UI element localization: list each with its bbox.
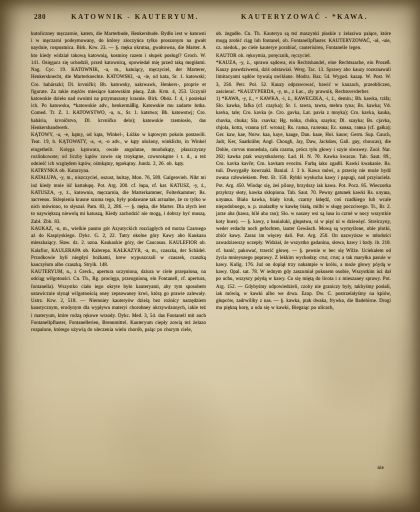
page-number: 280: [34, 13, 46, 21]
running-head-left: KATOWNIK - KAUTERYUM.: [60, 13, 210, 21]
dictionary-entry: *KAUZA, -y, ż., sprawa sądowa, ein Recht…: [216, 60, 391, 96]
dictionary-entry: kutoliczney męczarnie, katem, die Marter…: [31, 31, 206, 132]
dictionary-entry: KAUTOR ob. rękoymia, poręcznik, ręczycie…: [216, 53, 391, 60]
dictionary-entry: ob. żegadło. Cn. Th. Kauterya są też mas…: [216, 31, 391, 53]
dictionary-entry: KATAŁUPA, -y, m., niszczyciel, oszust, h…: [31, 175, 206, 226]
dictionary-entry: 1) *KAWA, -y, ż., = KAWKA, -i, ż., KAWEC…: [216, 96, 391, 313]
page-header: 280 KATOWNIK - KAUTERYUM. KAUTERYZOWAĆ -…: [0, 13, 420, 27]
dictionary-entry: KĄTOWY, -a, -e, kątny, od kąta, Winkel-,…: [31, 132, 206, 168]
dictionary-entry: KAUKAZ, -u, m., wielkie pasmo gór Azyaty…: [31, 226, 206, 269]
scanned-dictionary-page: 280 KATOWNIK - KAUTERYUM. KAUTERYZOWAĆ -…: [0, 0, 420, 512]
column-right: ob. żegadło. Cn. Th. Kauterya są też mas…: [216, 31, 391, 465]
running-head-right: KAUTERYZOWAĆ - *KAWA.: [222, 13, 387, 21]
dictionary-entry: KATRYNKA ob. Katarzyna.: [31, 168, 206, 175]
catchword: nie: [378, 466, 384, 471]
dictionary-entry: KAUTERYUM, n., z Greck., apertura uczyni…: [31, 269, 206, 334]
text-columns: kutoliczney męczarnie, katem, die Marter…: [31, 31, 391, 465]
column-left: kutoliczney męczarnie, katem, die Marter…: [31, 31, 206, 465]
